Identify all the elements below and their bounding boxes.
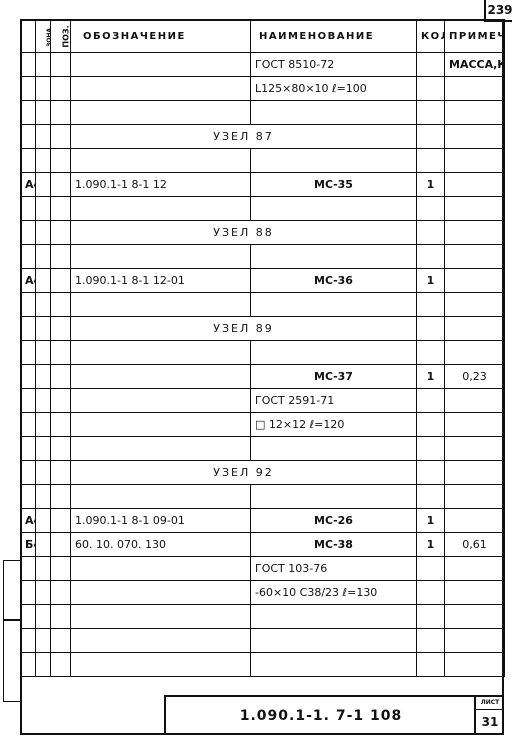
cell-quantity: 1 xyxy=(417,269,445,293)
cell-name xyxy=(251,245,417,269)
cell-zone xyxy=(36,269,51,293)
cell-format xyxy=(21,413,36,437)
cell-zone xyxy=(36,317,51,341)
sheet-box: ЛИСТ 31 xyxy=(474,697,504,735)
cell-zone xyxy=(36,581,51,605)
cell-designation xyxy=(71,365,251,389)
cell-note xyxy=(445,629,505,653)
header-position: ПОЗ. xyxy=(51,20,71,53)
cell-name: ГОСТ 103-76 xyxy=(251,557,417,581)
cell-designation xyxy=(71,389,251,413)
table-row xyxy=(21,197,505,221)
node-label: УЗЕЛ 88 xyxy=(71,221,417,245)
cell-position xyxy=(51,389,71,413)
cell-designation xyxy=(71,653,251,677)
cell-note xyxy=(445,605,505,629)
cell-designation: 60. 10. 070. 130 xyxy=(71,533,251,557)
cell-zone xyxy=(36,293,51,317)
sheet-label: ЛИСТ xyxy=(476,697,504,710)
header-name: НАИМЕНОВАНИЕ xyxy=(251,20,417,53)
table-row xyxy=(21,485,505,509)
cell-format xyxy=(21,317,36,341)
cell-format xyxy=(21,341,36,365)
cell-note xyxy=(445,341,505,365)
document-code: 1.090.1-1. 7-1 108 xyxy=(166,697,476,735)
cell-designation xyxy=(71,101,251,125)
cell-quantity xyxy=(417,341,445,365)
cell-format xyxy=(21,197,36,221)
cell-position xyxy=(51,557,71,581)
cell-position xyxy=(51,269,71,293)
cell-zone xyxy=(36,413,51,437)
table-row: ГОСТ 2591-71 xyxy=(21,389,505,413)
table-row: L125×80×10 ℓ=100 xyxy=(21,77,505,101)
cell-designation: 1.090.1-1 8-1 12 xyxy=(71,173,251,197)
specification-table: ФОРМАТ ЗОНА ПОЗ. ОБОЗНАЧЕНИЕ НАИМЕНОВАНИ… xyxy=(20,19,505,677)
cell-note xyxy=(445,317,505,341)
cell-zone xyxy=(36,197,51,221)
cell-quantity xyxy=(417,245,445,269)
cell-designation xyxy=(71,341,251,365)
cell-position xyxy=(51,605,71,629)
cell-name xyxy=(251,605,417,629)
table-row xyxy=(21,245,505,269)
cell-quantity xyxy=(417,557,445,581)
node-label: УЗЕЛ 92 xyxy=(71,461,417,485)
cell-name: МС-26 xyxy=(251,509,417,533)
cell-position xyxy=(51,581,71,605)
cell-zone xyxy=(36,365,51,389)
cell-note xyxy=(445,581,505,605)
cell-note xyxy=(445,149,505,173)
cell-zone xyxy=(36,245,51,269)
binding-segment xyxy=(3,620,21,702)
table-row: □ 12×12 ℓ=120 xyxy=(21,413,505,437)
cell-name: МС-36 xyxy=(251,269,417,293)
cell-note xyxy=(445,245,505,269)
table-row: МС-3710,23 xyxy=(21,365,505,389)
cell-zone xyxy=(36,53,51,77)
node-heading-row: УЗЕЛ 87 xyxy=(21,125,505,149)
cell-quantity xyxy=(417,605,445,629)
cell-zone xyxy=(36,605,51,629)
table-row xyxy=(21,293,505,317)
table-row: Б460. 10. 070. 130МС-3810,61 xyxy=(21,533,505,557)
header-format: ФОРМАТ xyxy=(21,20,36,53)
cell-zone xyxy=(36,221,51,245)
cell-name: □ 12×12 ℓ=120 xyxy=(251,413,417,437)
cell-quantity: 1 xyxy=(417,509,445,533)
cell-name xyxy=(251,101,417,125)
cell-note xyxy=(445,77,505,101)
cell-name: МС-35 xyxy=(251,173,417,197)
cell-note xyxy=(445,509,505,533)
table-row: -60×10 С38/23 ℓ=130 xyxy=(21,581,505,605)
cell-format xyxy=(21,389,36,413)
node-label: УЗЕЛ 87 xyxy=(71,125,417,149)
cell-quantity xyxy=(417,197,445,221)
cell-quantity xyxy=(417,437,445,461)
cell-position xyxy=(51,125,71,149)
cell-format xyxy=(21,149,36,173)
cell-format xyxy=(21,293,36,317)
cell-format xyxy=(21,245,36,269)
cell-designation: 1.090.1-1 8-1 12-01 xyxy=(71,269,251,293)
cell-designation xyxy=(71,629,251,653)
cell-quantity xyxy=(417,53,445,77)
cell-format xyxy=(21,461,36,485)
cell-name: МС-37 xyxy=(251,365,417,389)
header-designation: ОБОЗНАЧЕНИЕ xyxy=(71,20,251,53)
cell-quantity xyxy=(417,485,445,509)
cell-position xyxy=(51,101,71,125)
cell-position xyxy=(51,629,71,653)
cell-quantity xyxy=(417,413,445,437)
cell-note xyxy=(445,485,505,509)
cell-zone xyxy=(36,461,51,485)
cell-quantity xyxy=(417,101,445,125)
cell-zone xyxy=(36,557,51,581)
cell-format xyxy=(21,629,36,653)
cell-name: МС-38 xyxy=(251,533,417,557)
cell-position xyxy=(51,461,71,485)
table-row xyxy=(21,653,505,677)
cell-name: ГОСТ 8510-72 xyxy=(251,53,417,77)
cell-position xyxy=(51,365,71,389)
cell-zone xyxy=(36,389,51,413)
table-row: А41.090.1-1 8-1 09-01МС-261 xyxy=(21,509,505,533)
table-row xyxy=(21,101,505,125)
cell-format xyxy=(21,77,36,101)
cell-name xyxy=(251,629,417,653)
cell-note xyxy=(445,437,505,461)
cell-name: ГОСТ 2591-71 xyxy=(251,389,417,413)
node-label: УЗЕЛ 89 xyxy=(71,317,417,341)
cell-format: А4 xyxy=(21,173,36,197)
title-block: 1.090.1-1. 7-1 108 ЛИСТ 31 xyxy=(164,695,504,735)
cell-name xyxy=(251,197,417,221)
cell-quantity: 1 xyxy=(417,173,445,197)
header-zone: ЗОНА xyxy=(36,20,51,53)
cell-note: МАССА,КГ xyxy=(445,53,505,77)
cell-position xyxy=(51,653,71,677)
cell-format xyxy=(21,101,36,125)
cell-quantity xyxy=(417,653,445,677)
cell-zone xyxy=(36,173,51,197)
cell-quantity: 1 xyxy=(417,533,445,557)
node-heading-row: УЗЕЛ 89 xyxy=(21,317,505,341)
cell-designation xyxy=(71,53,251,77)
cell-note xyxy=(445,293,505,317)
table-row xyxy=(21,629,505,653)
cell-quantity xyxy=(417,389,445,413)
cell-name xyxy=(251,437,417,461)
cell-position xyxy=(51,341,71,365)
cell-zone xyxy=(36,653,51,677)
cell-note xyxy=(445,221,505,245)
cell-format xyxy=(21,365,36,389)
cell-designation xyxy=(71,149,251,173)
cell-designation xyxy=(71,413,251,437)
cell-name: -60×10 С38/23 ℓ=130 xyxy=(251,581,417,605)
cell-position xyxy=(51,293,71,317)
table-row xyxy=(21,149,505,173)
cell-designation xyxy=(71,77,251,101)
cell-note xyxy=(445,461,505,485)
cell-quantity: 1 xyxy=(417,365,445,389)
sheet-number: 31 xyxy=(476,710,504,734)
binding-margin xyxy=(0,540,21,735)
cell-name xyxy=(251,653,417,677)
table-row: ГОСТ 8510-72МАССА,КГ xyxy=(21,53,505,77)
cell-zone xyxy=(36,149,51,173)
cell-zone xyxy=(36,437,51,461)
cell-name xyxy=(251,149,417,173)
cell-designation xyxy=(71,293,251,317)
cell-quantity xyxy=(417,293,445,317)
cell-note xyxy=(445,413,505,437)
cell-designation xyxy=(71,197,251,221)
table-row xyxy=(21,437,505,461)
table-row: ГОСТ 103-76 xyxy=(21,557,505,581)
cell-format xyxy=(21,53,36,77)
cell-zone xyxy=(36,509,51,533)
cell-position xyxy=(51,221,71,245)
cell-position xyxy=(51,53,71,77)
cell-quantity xyxy=(417,221,445,245)
cell-name xyxy=(251,341,417,365)
header-note: ПРИМЕЧ xyxy=(445,20,505,53)
cell-position xyxy=(51,437,71,461)
table-row: А41.090.1-1 8-1 12МС-351 xyxy=(21,173,505,197)
table-header: ФОРМАТ ЗОНА ПОЗ. ОБОЗНАЧЕНИЕ НАИМЕНОВАНИ… xyxy=(21,20,505,53)
cell-designation xyxy=(71,581,251,605)
cell-designation xyxy=(71,605,251,629)
cell-quantity xyxy=(417,125,445,149)
header-quantity: КОЛ xyxy=(417,20,445,53)
cell-note xyxy=(445,389,505,413)
cell-designation xyxy=(71,485,251,509)
cell-position xyxy=(51,317,71,341)
cell-format: Б4 xyxy=(21,533,36,557)
cell-zone xyxy=(36,533,51,557)
cell-format: А4 xyxy=(21,269,36,293)
binding-segment xyxy=(3,560,21,620)
cell-note: 0,61 xyxy=(445,533,505,557)
cell-designation xyxy=(71,245,251,269)
cell-position xyxy=(51,485,71,509)
cell-format xyxy=(21,557,36,581)
cell-zone xyxy=(36,485,51,509)
cell-designation xyxy=(71,557,251,581)
cell-name xyxy=(251,485,417,509)
cell-position xyxy=(51,509,71,533)
cell-note xyxy=(445,173,505,197)
cell-position xyxy=(51,197,71,221)
table-row xyxy=(21,605,505,629)
cell-quantity xyxy=(417,149,445,173)
node-heading-row: УЗЕЛ 88 xyxy=(21,221,505,245)
cell-position xyxy=(51,173,71,197)
cell-quantity xyxy=(417,317,445,341)
cell-note xyxy=(445,269,505,293)
cell-name: L125×80×10 ℓ=100 xyxy=(251,77,417,101)
cell-quantity xyxy=(417,461,445,485)
cell-format xyxy=(21,581,36,605)
cell-note xyxy=(445,557,505,581)
cell-name xyxy=(251,293,417,317)
cell-format xyxy=(21,485,36,509)
cell-format xyxy=(21,221,36,245)
cell-position xyxy=(51,245,71,269)
cell-note xyxy=(445,653,505,677)
cell-format xyxy=(21,437,36,461)
node-heading-row: УЗЕЛ 92 xyxy=(21,461,505,485)
cell-zone xyxy=(36,77,51,101)
cell-format xyxy=(21,605,36,629)
cell-position xyxy=(51,533,71,557)
cell-position xyxy=(51,149,71,173)
cell-designation xyxy=(71,437,251,461)
cell-format xyxy=(21,125,36,149)
cell-zone xyxy=(36,125,51,149)
cell-position xyxy=(51,413,71,437)
cell-quantity xyxy=(417,581,445,605)
cell-format: А4 xyxy=(21,509,36,533)
cell-note xyxy=(445,101,505,125)
cell-zone xyxy=(36,101,51,125)
cell-note xyxy=(445,125,505,149)
cell-zone xyxy=(36,341,51,365)
cell-quantity xyxy=(417,77,445,101)
cell-designation: 1.090.1-1 8-1 09-01 xyxy=(71,509,251,533)
table-row xyxy=(21,341,505,365)
cell-note: 0,23 xyxy=(445,365,505,389)
cell-quantity xyxy=(417,629,445,653)
table-row: А41.090.1-1 8-1 12-01МС-361 xyxy=(21,269,505,293)
cell-zone xyxy=(36,629,51,653)
cell-note xyxy=(445,197,505,221)
cell-position xyxy=(51,77,71,101)
cell-format xyxy=(21,653,36,677)
